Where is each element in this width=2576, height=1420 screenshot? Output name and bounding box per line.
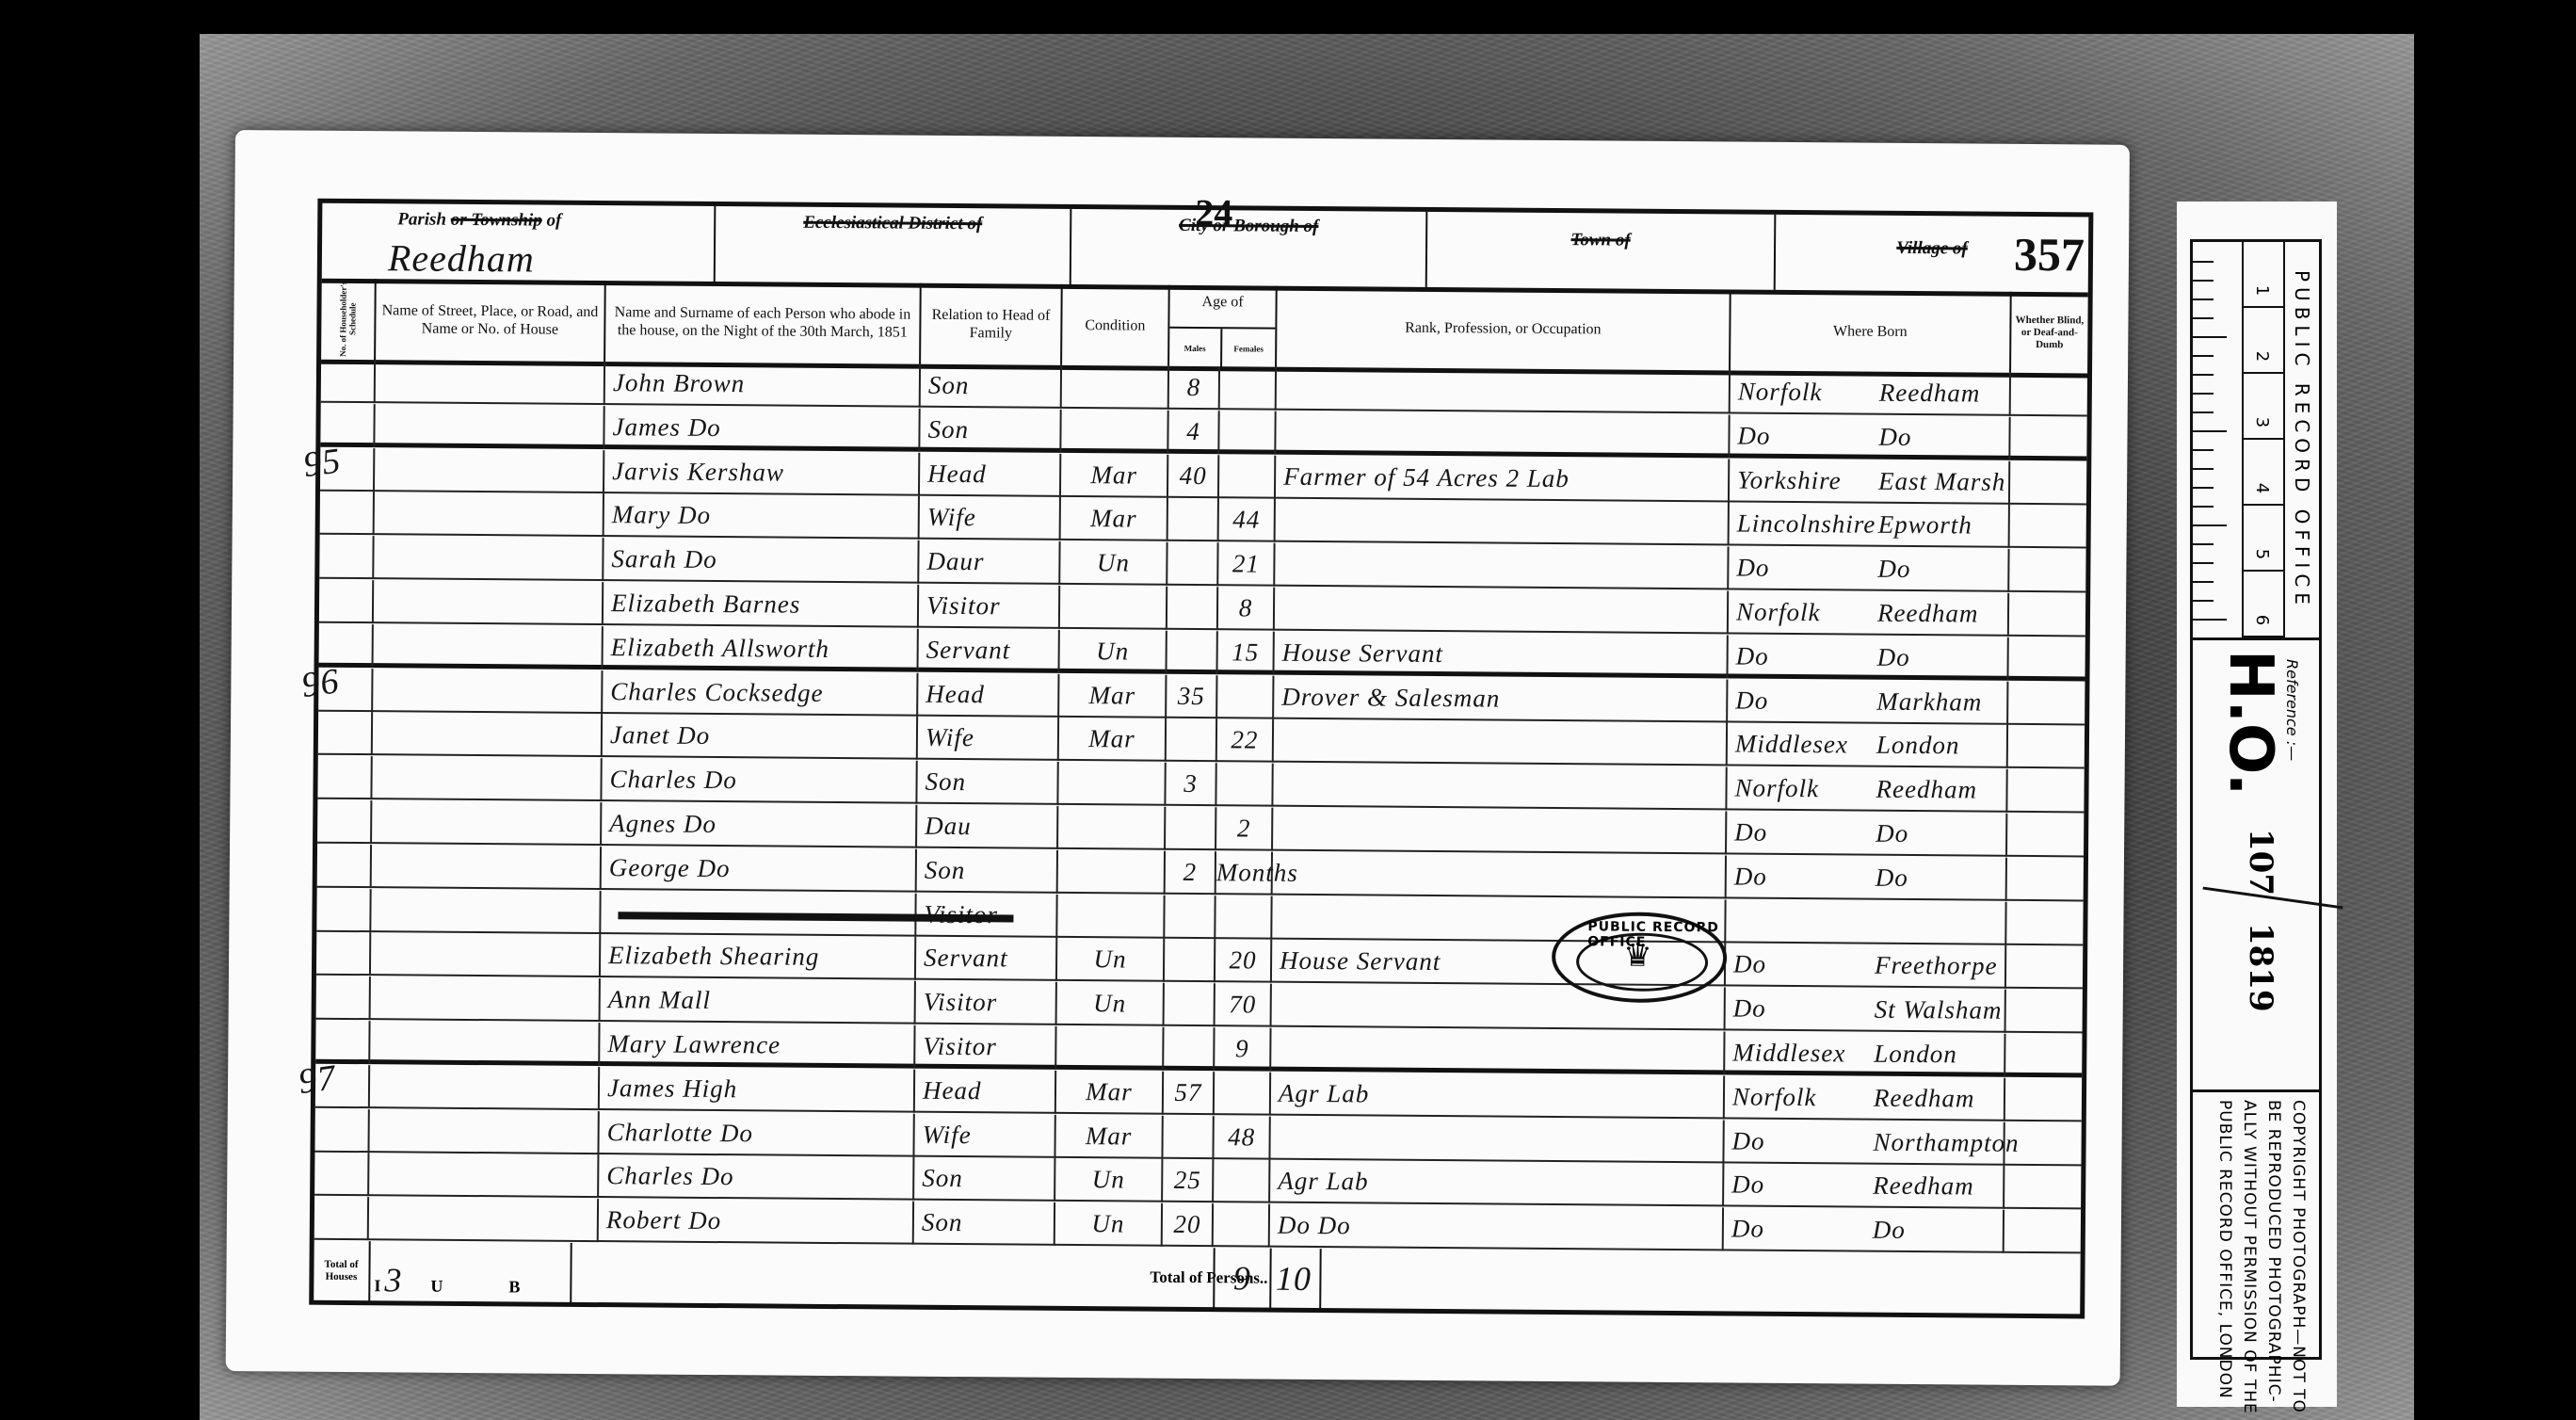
- born-county-cell: Do: [1724, 1164, 1865, 1208]
- born-county-cell: Norfolk: [1725, 1075, 1866, 1120]
- relation-cell: Son: [920, 409, 1061, 453]
- schedule-cell: [316, 976, 371, 1020]
- col-where-born: Where Born: [1731, 289, 2012, 372]
- relation-cell: Daur: [919, 541, 1060, 585]
- relation-cell: Son: [921, 364, 1062, 409]
- copyright-notice: COPYRIGHT PHOTOGRAPH—NOT TO BE REPRODUCE…: [2193, 1089, 2319, 1360]
- condition-cell: Un: [1059, 630, 1167, 674]
- occupation-cell: Do Do: [1270, 1204, 1724, 1251]
- total-males: 9: [1213, 1248, 1272, 1308]
- born-county-cell: Norfolk: [1731, 370, 1872, 414]
- schedule-number: 95: [301, 440, 344, 486]
- parish-cell: Parish or Township of Reedham: [322, 203, 716, 282]
- street-cell: [369, 1197, 599, 1242]
- age-female-cell: 8: [1218, 587, 1275, 630]
- total-houses-label: Total of Houses: [314, 1241, 371, 1301]
- street-cell: [373, 713, 603, 758]
- reference-class: 107: [2242, 829, 2279, 896]
- ruler-tick: [2193, 280, 2214, 282]
- born-place-cell: Reedham: [1868, 768, 2007, 813]
- born-place-cell: London: [1866, 1033, 2005, 1077]
- born-place-cell: Do: [1869, 636, 2008, 680]
- name-cell: Charles Do: [602, 758, 917, 804]
- ruler-tick: [2193, 581, 2214, 583]
- strip-title: PUBLIC RECORD OFFICE: [2283, 242, 2321, 637]
- born-place-cell: Markham: [1869, 680, 2008, 724]
- age-subheader: Males Females: [1169, 327, 1275, 369]
- scale-number: 1: [2242, 242, 2283, 308]
- city-cell: City or Borough of: [1071, 209, 1428, 287]
- blind-cell: [2007, 858, 2084, 902]
- relation-cell: Son: [914, 1202, 1055, 1246]
- schedule-cell: [319, 580, 374, 623]
- condition-cell: Mar: [1059, 718, 1167, 762]
- parish-value: Reedham: [388, 235, 535, 281]
- village-label: Village of: [1776, 237, 2088, 261]
- born-county-cell: Do: [1728, 679, 1869, 723]
- city-label: City or Borough of: [1071, 215, 1425, 238]
- age-male-cell: [1165, 895, 1216, 938]
- born-county-cell: Middlesex: [1728, 723, 1869, 767]
- age-female-cell: [1219, 455, 1276, 498]
- condition-cell: [1057, 894, 1165, 938]
- condition-cell: Un: [1057, 982, 1165, 1026]
- age-male-cell: 8: [1169, 366, 1220, 410]
- born-place-cell: Do: [1871, 415, 2010, 460]
- age-female-cell: 22: [1217, 719, 1274, 763]
- schedule-number: 96: [299, 660, 342, 706]
- ruler-tick: [2193, 524, 2227, 526]
- condition-cell: [1058, 762, 1166, 806]
- occupation-cell: [1277, 367, 1731, 414]
- born-place-cell: Reedham: [1866, 1076, 2005, 1121]
- relation-cell: Son: [917, 761, 1058, 805]
- born-county-cell: Do: [1726, 988, 1867, 1032]
- blind-cell: [2004, 1210, 2081, 1254]
- inhabited-value: 3: [384, 1261, 402, 1299]
- reference-box: 123456 PUBLIC RECORD OFFICE Reference :—…: [2190, 239, 2322, 1360]
- age-male-cell: 40: [1168, 454, 1219, 497]
- born-place-cell: Do: [1865, 1209, 2004, 1253]
- name-cell: Robert Do: [599, 1199, 914, 1245]
- occupation-cell: Agr Lab: [1271, 1072, 1725, 1119]
- col-name: Name and Surname of each Person who abod…: [605, 281, 922, 364]
- condition-cell: Un: [1060, 541, 1167, 586]
- occupation-cell: [1273, 808, 1727, 855]
- schedule-cell: [314, 1197, 369, 1240]
- occupation-cell: [1273, 851, 1727, 898]
- name-cell: Elizabeth Shearing: [601, 934, 916, 980]
- relation-cell: Wife: [918, 717, 1059, 761]
- census-page: 24 357 Parish or Township of Reedham Ecc…: [226, 130, 2130, 1386]
- age-female-cell: [1217, 675, 1274, 718]
- ruler-scale: [2193, 242, 2244, 637]
- township-label-struck: or Township: [451, 210, 542, 231]
- age-male-cell: 57: [1164, 1072, 1215, 1115]
- occupation-cell: [1276, 499, 1730, 546]
- born-county-cell: Do: [1724, 1208, 1865, 1252]
- inhabited-letter: I: [374, 1276, 380, 1295]
- name-cell: James Do: [604, 406, 920, 452]
- reference-label: Reference :—: [2283, 659, 2301, 761]
- age-male-cell: [1166, 807, 1216, 850]
- blind-cell: [2008, 637, 2085, 682]
- ruler-tick: [2193, 562, 2214, 564]
- ruler-tick: [2193, 468, 2214, 470]
- street-cell: [372, 800, 602, 846]
- born-place-cell: Reedham: [1872, 372, 2011, 416]
- born-county-cell: Lincolnshire: [1730, 503, 1871, 547]
- born-county-cell: Do: [1727, 855, 1868, 899]
- blind-cell: [2006, 945, 2083, 990]
- houses-counts: I3UB: [368, 1241, 572, 1303]
- schedule-cell: [320, 492, 375, 535]
- ruler-tick: [2193, 374, 2214, 376]
- copyright-line: PUBLIC RECORD OFFICE, LONDON: [2215, 1100, 2234, 1399]
- street-cell: [372, 845, 602, 890]
- born-place-cell: Do: [1868, 856, 2007, 900]
- age-male-cell: [1167, 631, 1217, 674]
- born-county-cell: Norfolk: [1727, 767, 1868, 812]
- schedule-cell: [318, 712, 373, 755]
- condition-cell: [1058, 850, 1166, 895]
- street-cell: [371, 933, 601, 978]
- reference-series: H.O.: [2215, 650, 2285, 796]
- blind-cell: [2008, 725, 2085, 769]
- blind-cell: [2009, 549, 2085, 593]
- relation-cell: Servant: [919, 629, 1060, 673]
- age-male-cell: 35: [1167, 674, 1217, 718]
- age-female-cell: 21: [1218, 542, 1275, 586]
- street-cell: [375, 448, 604, 493]
- col-age-males: Males: [1169, 329, 1222, 368]
- age-female-cell: [1214, 1203, 1270, 1247]
- ruler-tick: [2193, 393, 2214, 395]
- parish-of-label: of: [546, 211, 561, 231]
- relation-cell: Son: [917, 849, 1058, 894]
- blind-cell: [2006, 990, 2083, 1034]
- blind-cell: [2005, 1078, 2082, 1122]
- condition-cell: Mar: [1055, 1114, 1163, 1158]
- condition-cell: [1058, 806, 1166, 850]
- age-female-cell: 2: [1216, 807, 1273, 850]
- age-female-cell: [1219, 411, 1276, 454]
- name-cell: George Do: [602, 847, 917, 893]
- name-cell: Charles Cocksedge: [603, 670, 918, 717]
- age-female-cell: [1216, 763, 1273, 806]
- condition-cell: [1060, 586, 1167, 630]
- born-county-cell: Do: [1729, 547, 1870, 591]
- ruler-tick: [2193, 487, 2214, 489]
- age-female-cell: [1215, 1072, 1271, 1115]
- scale-number: 5: [2242, 506, 2283, 572]
- ruler-tick: [2193, 449, 2214, 451]
- born-place-cell: Do: [1870, 548, 2009, 592]
- name-cell: John Brown: [605, 362, 921, 408]
- street-cell: [371, 976, 601, 1022]
- age-male-cell: 20: [1163, 1203, 1214, 1247]
- condition-cell: [1056, 1026, 1164, 1071]
- col-condition: Condition: [1062, 284, 1170, 366]
- born-county-cell: Middlesex: [1725, 1031, 1866, 1075]
- relation-cell: Wife: [914, 1113, 1055, 1157]
- schedule-cell: [317, 800, 372, 844]
- occupation-cell: House Servant: [1274, 631, 1728, 678]
- born-place-cell: Do: [1868, 813, 2007, 857]
- uninhabited-letter: U: [430, 1277, 443, 1296]
- copyright-line: ALLY WITHOUT PERMISSION OF THE: [2240, 1100, 2259, 1414]
- town-cell: Town of: [1427, 212, 1777, 290]
- age-male-cell: [1163, 1115, 1214, 1158]
- relation-cell: Head: [920, 452, 1061, 496]
- scale-number: 2: [2242, 308, 2283, 374]
- reference-section: Reference :— H.O. 107 1819: [2193, 637, 2319, 1092]
- born-county-cell: Do: [1728, 635, 1869, 679]
- ruler-tick: [2193, 317, 2214, 319]
- name-cell: Charlotte Do: [599, 1111, 914, 1157]
- total-females: 10: [1267, 1249, 1322, 1309]
- ecclesiastical-cell: Ecclesiastical District of: [716, 206, 1072, 284]
- blind-cell: [2008, 681, 2085, 725]
- schedule-number: 97: [296, 1057, 338, 1103]
- street-cell: [370, 1065, 600, 1110]
- blind-cell: [2010, 460, 2086, 505]
- age-female-cell: 70: [1216, 983, 1272, 1026]
- born-place-cell: Epworth: [1871, 504, 2010, 548]
- age-female-cell: Months: [1216, 851, 1273, 895]
- scale-number: 6: [2242, 572, 2283, 637]
- occupation-cell: [1274, 719, 1728, 766]
- street-cell: [374, 536, 604, 581]
- stamp-text: PUBLIC RECORD OFFICE: [1587, 919, 1723, 950]
- age-male-cell: [1167, 718, 1217, 762]
- born-place-cell: St Walsham: [1867, 989, 2006, 1033]
- name-cell: Jarvis Kershaw: [604, 450, 920, 496]
- name-cell: Sarah Do: [604, 538, 919, 584]
- town-label: Town of: [1427, 229, 1774, 252]
- ruler-tick: [2193, 543, 2214, 545]
- blind-cell: [2010, 505, 2086, 549]
- condition-cell: Mar: [1056, 1071, 1164, 1115]
- born-place-cell: London: [1869, 724, 2008, 768]
- schedule-cell: 95: [320, 447, 375, 491]
- reference-piece: 1819: [2242, 923, 2279, 1012]
- schedule-cell: [316, 888, 371, 931]
- occupation-cell: [1270, 1116, 1724, 1163]
- relation-cell: Head: [915, 1069, 1056, 1113]
- street-cell: [371, 889, 601, 934]
- blind-cell: [2010, 417, 2086, 461]
- ruler-tick: [2193, 619, 2227, 621]
- blind-cell: [2005, 1034, 2082, 1078]
- occupation-cell: Drover & Salesman: [1274, 675, 1728, 722]
- ecclesiastical-label: Ecclesiastical District of: [716, 212, 1070, 235]
- ruler-tick: [2193, 355, 2214, 357]
- born-place-cell: Reedham: [1865, 1165, 2004, 1209]
- street-cell: [372, 756, 602, 801]
- occupation-cell: [1276, 411, 1730, 458]
- col-relation: Relation to Head of Family: [921, 283, 1063, 365]
- street-cell: [374, 580, 604, 625]
- schedule-cell: [314, 1153, 369, 1196]
- age-male-cell: 4: [1168, 411, 1219, 454]
- schedule-cell: 96: [318, 668, 373, 711]
- col-street: Name of Street, Place, or Road, and Name…: [376, 279, 606, 362]
- schedule-cell: [321, 360, 376, 403]
- blind-cell: [2007, 769, 2084, 814]
- census-table: Parish or Township of Reedham Ecclesiast…: [309, 199, 2093, 1319]
- born-county-cell: Norfolk: [1729, 590, 1870, 635]
- scale-number: 4: [2242, 440, 2283, 506]
- schedule-cell: [317, 845, 372, 888]
- condition-cell: Un: [1055, 1202, 1163, 1247]
- relation-cell: Visitor: [916, 981, 1057, 1025]
- street-cell: [370, 1021, 600, 1066]
- public-record-office-stamp: PUBLIC RECORD OFFICE ♛: [1552, 912, 1728, 1003]
- age-male-cell: 25: [1163, 1159, 1214, 1202]
- building-letter: B: [508, 1277, 520, 1296]
- ruler-tick: [2193, 506, 2214, 508]
- blind-cell: [2004, 1121, 2081, 1166]
- name-cell: Mary Do: [604, 493, 920, 540]
- schedule-cell: [317, 756, 372, 799]
- age-male-cell: [1167, 587, 1218, 630]
- age-female-cell: [1214, 1160, 1270, 1203]
- scale-number: 3: [2242, 374, 2283, 440]
- name-cell: James High: [600, 1067, 915, 1113]
- blind-cell: [2004, 1166, 2081, 1210]
- reference-strip: 123456 PUBLIC RECORD OFFICE Reference :—…: [2177, 202, 2337, 1407]
- age-male-cell: 3: [1166, 763, 1216, 806]
- schedule-cell: [316, 932, 371, 976]
- blind-cell: [2011, 373, 2087, 417]
- relation-cell: Dau: [917, 805, 1058, 849]
- age-female-cell: [1220, 366, 1277, 410]
- age-female-cell: 20: [1216, 940, 1272, 983]
- copyright-line: BE REPRODUCED PHOTOGRAPHIC-: [2264, 1100, 2283, 1403]
- name-cell: Mary Lawrence: [600, 1023, 915, 1069]
- name-cell: Ann Mall: [601, 978, 916, 1025]
- age-female-cell: 9: [1215, 1027, 1271, 1071]
- blind-cell: [2007, 814, 2084, 858]
- schedule-cell: [319, 536, 374, 579]
- name-cell: Agnes Do: [602, 802, 917, 848]
- crown-icon: ♛: [1623, 941, 1652, 973]
- col-occupation: Rank, Profession, or Occupation: [1277, 286, 1731, 371]
- ruler-tick: [2193, 600, 2214, 602]
- condition-cell: Mar: [1059, 673, 1167, 718]
- age-female-cell: 15: [1217, 631, 1274, 674]
- born-county-cell: [1726, 899, 1867, 944]
- born-county-cell: Yorkshire: [1730, 459, 1871, 503]
- ruler-tick: [2193, 261, 2214, 263]
- age-male-cell: [1164, 1027, 1215, 1071]
- col-age: Age of Males Females: [1169, 285, 1278, 367]
- street-cell: [375, 492, 604, 538]
- condition-cell: Mar: [1061, 453, 1168, 497]
- street-cell: [369, 1154, 599, 1199]
- relation-cell: Visitor: [919, 585, 1060, 629]
- occupation-cell: Farmer of 54 Acres 2 Lab: [1276, 455, 1730, 502]
- ruler-tick: [2193, 336, 2227, 338]
- name-cell: Janet Do: [603, 714, 918, 760]
- relation-cell: Son: [914, 1157, 1055, 1202]
- scale-numbers: 123456: [2242, 242, 2285, 637]
- blind-cell: [2009, 593, 2085, 637]
- copyright-line: COPYRIGHT PHOTOGRAPH—NOT TO: [2289, 1100, 2308, 1413]
- name-cell: Elizabeth Barnes: [604, 582, 919, 628]
- col-blind: Whether Blind, or Deaf-and-Dumb: [2011, 292, 2088, 374]
- born-county-cell: Do: [1726, 944, 1867, 988]
- schedule-cell: [314, 1108, 369, 1152]
- born-place-cell: [1867, 900, 2006, 944]
- relation-cell: Wife: [920, 496, 1061, 541]
- age-female-cell: [1216, 896, 1272, 939]
- condition-cell: [1061, 410, 1168, 454]
- age-male-cell: 2: [1166, 851, 1216, 895]
- name-cell: Charles Do: [599, 1154, 914, 1201]
- occupation-cell: [1275, 588, 1729, 635]
- born-county-cell: Do: [1724, 1120, 1865, 1164]
- street-cell: [376, 360, 605, 405]
- relation-cell: Servant: [916, 937, 1057, 981]
- age-male-cell: [1168, 498, 1219, 541]
- parish-label: Parish: [397, 209, 446, 229]
- age-female-cell: 48: [1214, 1116, 1270, 1159]
- ruler-tick: [2193, 430, 2227, 432]
- condition-cell: Un: [1055, 1158, 1163, 1202]
- born-place-cell: Reedham: [1870, 592, 2009, 637]
- street-cell: [374, 624, 604, 670]
- born-county-cell: Do: [1727, 811, 1868, 855]
- village-cell: Village of: [1776, 215, 2089, 293]
- col-schedule-no: No. of Householder's Schedule: [321, 279, 377, 360]
- age-female-cell: 44: [1219, 499, 1276, 542]
- street-cell: [373, 669, 603, 714]
- schedule-cell: 97: [315, 1064, 370, 1107]
- condition-cell: [1062, 365, 1169, 410]
- relation-cell: Head: [918, 672, 1059, 717]
- street-cell: [375, 404, 604, 449]
- age-male-cell: [1167, 542, 1218, 586]
- blind-cell: [2006, 901, 2083, 945]
- name-cell: Elizabeth Allsworth: [604, 626, 919, 672]
- occupation-cell: [1271, 1028, 1725, 1075]
- relation-cell: Visitor: [915, 1025, 1056, 1070]
- occupation-cell: Agr Lab: [1270, 1160, 1724, 1207]
- ruler-tick: [2193, 299, 2214, 300]
- born-county-cell: Do: [1730, 414, 1871, 459]
- totals-row: Total of Houses I3UB Total of Persons.. …: [314, 1241, 2080, 1315]
- born-place-cell: East Marsh: [1871, 460, 2010, 504]
- occupation-cell: [1273, 764, 1727, 811]
- street-cell: [369, 1109, 599, 1154]
- ruler-tick: [2193, 411, 2214, 413]
- age-male-cell: [1165, 939, 1216, 982]
- col-age-females: Females: [1222, 329, 1275, 368]
- condition-cell: Mar: [1061, 497, 1168, 541]
- age-male-cell: [1165, 983, 1216, 1026]
- born-place-cell: Northampton: [1865, 1121, 2004, 1165]
- born-place-cell: Freethorpe: [1867, 944, 2006, 989]
- condition-cell: Un: [1057, 938, 1165, 982]
- occupation-cell: [1275, 543, 1729, 590]
